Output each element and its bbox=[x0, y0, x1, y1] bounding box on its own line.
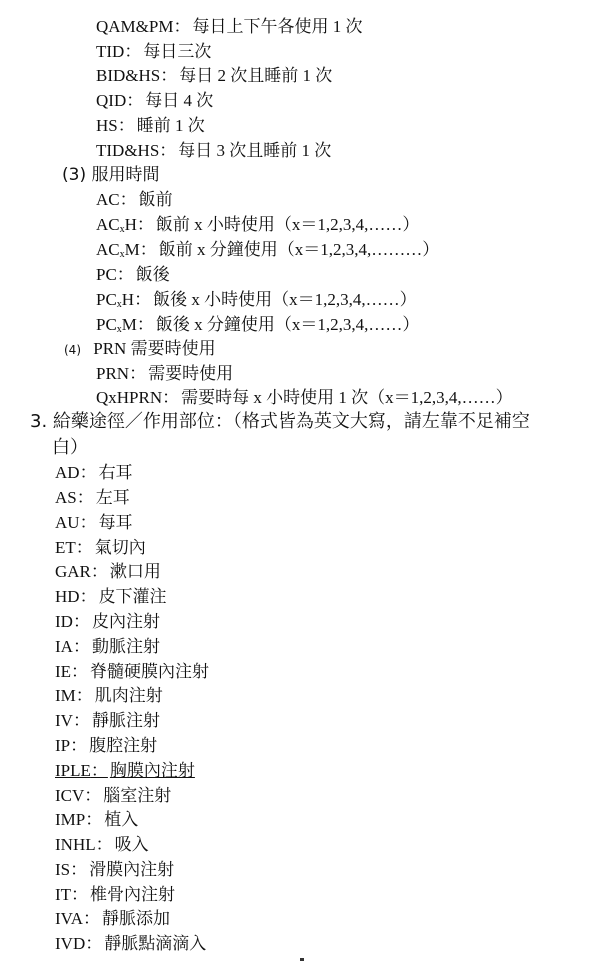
code-suffix: M bbox=[125, 240, 140, 259]
separator: ： bbox=[73, 711, 90, 730]
separator: ： bbox=[73, 612, 90, 631]
code: TID&HS bbox=[96, 141, 159, 160]
separator: ： bbox=[73, 637, 90, 656]
route-item-au: AU：每耳 bbox=[55, 511, 133, 535]
description: 靜脈注射 bbox=[92, 711, 160, 730]
freq-item-tidhs: TID&HS：每日 3 次且睡前 1 次 bbox=[96, 139, 331, 163]
section-title: 給藥途徑／作用部位：（格式皆為英文大寫，請左靠不足補空 bbox=[53, 411, 530, 432]
page-edge-mark bbox=[300, 958, 304, 961]
separator: ： bbox=[80, 587, 97, 606]
code: ID bbox=[55, 612, 73, 631]
description: 皮內注射 bbox=[92, 612, 160, 631]
section-number: 3. bbox=[30, 411, 47, 432]
code: AC bbox=[96, 190, 120, 209]
description: 飯前 x 分鐘使用（x＝1,2,3,4,………） bbox=[159, 240, 440, 259]
code: IP bbox=[55, 736, 70, 755]
code: IS bbox=[55, 860, 70, 879]
separator: ： bbox=[173, 17, 190, 36]
section-title: 服用時間 bbox=[92, 165, 160, 185]
section-4-heading: (4) PRN 需要時使用 bbox=[64, 337, 216, 362]
separator: ： bbox=[124, 42, 141, 61]
separator: ： bbox=[85, 810, 102, 829]
code: IVA bbox=[55, 909, 83, 928]
separator: ： bbox=[96, 835, 113, 854]
route-item-ia: IA：動脈注射 bbox=[55, 635, 160, 659]
description: 氣切內 bbox=[95, 538, 146, 557]
timing-item-ac: AC：飯前 bbox=[96, 188, 173, 212]
code: PC bbox=[96, 315, 117, 334]
route-item-id: ID：皮內注射 bbox=[55, 610, 160, 634]
code: IM bbox=[55, 686, 76, 705]
separator: ： bbox=[71, 885, 88, 904]
description: 每耳 bbox=[99, 513, 133, 532]
code: HD bbox=[55, 587, 80, 606]
route-section-heading-cont: 白） bbox=[52, 436, 88, 460]
separator: ： bbox=[71, 662, 88, 681]
code: HS bbox=[96, 116, 118, 135]
route-item-im: IM：肌肉注射 bbox=[55, 684, 163, 708]
separator: ： bbox=[134, 290, 151, 309]
code: AC bbox=[96, 240, 120, 259]
code: AC bbox=[96, 215, 120, 234]
route-item-iva: IVA：靜脈添加 bbox=[55, 907, 170, 931]
route-item-ad: AD：右耳 bbox=[55, 461, 133, 485]
code: PC bbox=[96, 265, 117, 284]
route-item-ivd: IVD：靜脈點滴滴入 bbox=[55, 932, 206, 956]
separator: ： bbox=[80, 513, 97, 532]
route-item-inhl: INHL：吸入 bbox=[55, 833, 149, 857]
route-item-ip: IP：腹腔注射 bbox=[55, 734, 157, 758]
code: IPLE bbox=[55, 761, 91, 780]
separator: ： bbox=[137, 315, 154, 334]
separator: ： bbox=[70, 736, 87, 755]
code: IE bbox=[55, 662, 71, 681]
description: 每日 4 次 bbox=[145, 91, 213, 110]
separator: ： bbox=[117, 265, 134, 284]
code: TID bbox=[96, 42, 124, 61]
section-number: (4) bbox=[64, 343, 81, 357]
description: 飯後 bbox=[136, 265, 170, 284]
description: 飯後 x 小時使用（x＝1,2,3,4,……） bbox=[153, 290, 417, 309]
freq-item-tid: TID：每日三次 bbox=[96, 40, 211, 64]
description: 椎骨內注射 bbox=[90, 885, 175, 904]
description: 左耳 bbox=[96, 488, 130, 507]
description: 腹腔注射 bbox=[89, 736, 157, 755]
route-item-iv: IV：靜脈注射 bbox=[55, 709, 160, 733]
code: IMP bbox=[55, 810, 85, 829]
code: BID&HS bbox=[96, 66, 160, 85]
code: QID bbox=[96, 91, 126, 110]
separator: ： bbox=[76, 538, 93, 557]
route-section-heading: 3. 給藥途徑／作用部位：（格式皆為英文大寫，請左靠不足補空 bbox=[30, 410, 530, 434]
section-3-heading: (3) 服用時間 bbox=[62, 163, 160, 187]
description: 漱口用 bbox=[110, 562, 161, 581]
separator: ： bbox=[129, 364, 146, 383]
freq-item-qampm: QAM&PM：每日上下午各使用 1 次 bbox=[96, 15, 362, 39]
description: 植入 bbox=[104, 810, 138, 829]
code: PRN bbox=[96, 364, 129, 383]
route-item-it: IT：椎骨內注射 bbox=[55, 883, 175, 907]
description: 滑膜內注射 bbox=[89, 860, 174, 879]
separator: ： bbox=[91, 562, 108, 581]
code-suffix: M bbox=[122, 315, 137, 334]
description: 睡前 1 次 bbox=[137, 116, 205, 135]
description: 腦室注射 bbox=[103, 786, 171, 805]
code: ICV bbox=[55, 786, 84, 805]
separator: ： bbox=[84, 786, 101, 805]
code: AD bbox=[55, 463, 80, 482]
section-title-continued: 白） bbox=[52, 437, 88, 458]
description: 需要時每 x 小時使用 1 次（x＝1,2,3,4,……） bbox=[181, 388, 513, 407]
separator: ： bbox=[118, 116, 135, 135]
separator: ： bbox=[70, 860, 87, 879]
separator: ： bbox=[91, 761, 108, 780]
freq-item-bidhs: BID&HS：每日 2 次且睡前 1 次 bbox=[96, 64, 332, 88]
description: 靜脈添加 bbox=[102, 909, 170, 928]
code: QxHPRN bbox=[96, 388, 162, 407]
code: IA bbox=[55, 637, 73, 656]
section-title: PRN 需要時使用 bbox=[93, 339, 215, 358]
description: 吸入 bbox=[115, 835, 149, 854]
code-suffix: H bbox=[125, 215, 137, 234]
prn-item-prn: PRN：需要時使用 bbox=[96, 362, 233, 386]
route-item-imp: IMP：植入 bbox=[55, 808, 138, 832]
separator: ： bbox=[160, 66, 177, 85]
route-item-hd: HD：皮下灌注 bbox=[55, 585, 167, 609]
description: 每日 2 次且睡前 1 次 bbox=[179, 66, 332, 85]
description: 靜脈點滴滴入 bbox=[104, 934, 206, 953]
timing-item-pc: PC：飯後 bbox=[96, 263, 170, 287]
separator: ： bbox=[140, 240, 157, 259]
separator: ： bbox=[85, 934, 102, 953]
route-item-gar: GAR：漱口用 bbox=[55, 560, 161, 584]
separator: ： bbox=[120, 190, 137, 209]
description: 胸膜內注射 bbox=[110, 761, 195, 780]
separator: ： bbox=[77, 488, 94, 507]
route-item-as: AS：左耳 bbox=[55, 486, 130, 510]
description: 皮下灌注 bbox=[99, 587, 167, 606]
code: IVD bbox=[55, 934, 85, 953]
separator: ： bbox=[126, 91, 143, 110]
code: PC bbox=[96, 290, 117, 309]
separator: ： bbox=[83, 909, 100, 928]
description: 脊髓硬膜內注射 bbox=[90, 662, 209, 681]
description: 飯後 x 分鐘使用（x＝1,2,3,4,……） bbox=[156, 315, 420, 334]
route-item-icv: ICV：腦室注射 bbox=[55, 784, 171, 808]
route-item-et: ET：氣切內 bbox=[55, 536, 146, 560]
description: 右耳 bbox=[99, 463, 133, 482]
description: 每日三次 bbox=[143, 42, 211, 61]
separator: ： bbox=[76, 686, 93, 705]
code: AS bbox=[55, 488, 77, 507]
code: IV bbox=[55, 711, 73, 730]
route-item-iple: IPLE：胸膜內注射 bbox=[55, 759, 195, 783]
description: 飯前 x 小時使用（x＝1,2,3,4,……） bbox=[156, 215, 420, 234]
description: 需要時使用 bbox=[148, 364, 233, 383]
separator: ： bbox=[159, 141, 176, 160]
description: 肌肉注射 bbox=[95, 686, 163, 705]
separator: ： bbox=[162, 388, 179, 407]
prn-item-qxhprn: QxHPRN：需要時每 x 小時使用 1 次（x＝1,2,3,4,……） bbox=[96, 386, 513, 410]
description: 動脈注射 bbox=[92, 637, 160, 656]
code: AU bbox=[55, 513, 80, 532]
code: QAM&PM bbox=[96, 17, 173, 36]
separator: ： bbox=[137, 215, 154, 234]
route-item-ie: IE：脊髓硬膜內注射 bbox=[55, 660, 209, 684]
route-item-is: IS：滑膜內注射 bbox=[55, 858, 174, 882]
code: IT bbox=[55, 885, 71, 904]
code-suffix: H bbox=[122, 290, 134, 309]
freq-item-qid: QID：每日 4 次 bbox=[96, 89, 213, 113]
code: INHL bbox=[55, 835, 96, 854]
description: 飯前 bbox=[139, 190, 173, 209]
separator: ： bbox=[80, 463, 97, 482]
section-number: (3) bbox=[62, 165, 86, 185]
code: GAR bbox=[55, 562, 91, 581]
description: 每日上下午各使用 1 次 bbox=[192, 17, 362, 36]
code: ET bbox=[55, 538, 76, 557]
description: 每日 3 次且睡前 1 次 bbox=[178, 141, 331, 160]
freq-item-hs: HS：睡前 1 次 bbox=[96, 114, 205, 138]
